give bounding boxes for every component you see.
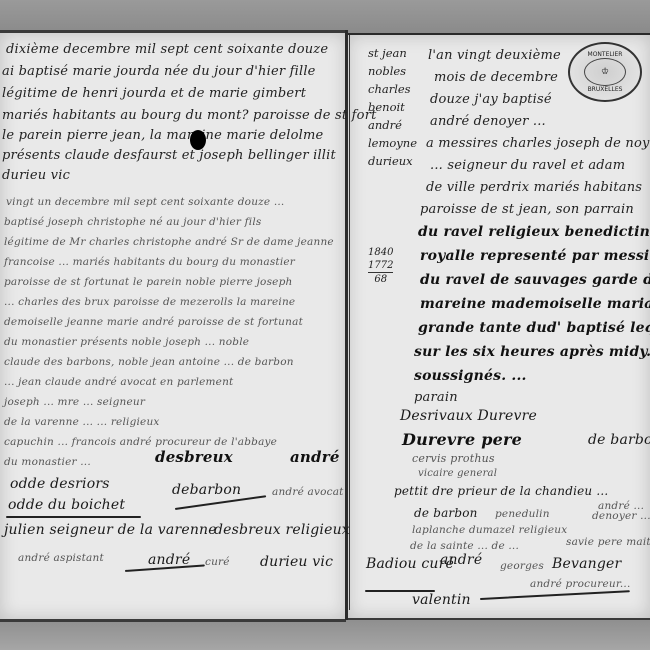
margin-note-line: durieux [368,152,417,170]
stamp-text: BRUXELLES [588,86,623,93]
signature: valentin [412,592,471,608]
register-line: du ravel de sauvages garde du ... [420,272,650,288]
register-line: durieu vic [2,168,70,183]
signature: de barbon [414,506,478,520]
register-line: claude des barbons, noble jean antoine .… [4,356,294,368]
register-line: vingt un decembre mil sept cent soixante… [6,196,284,208]
signature: cervis prothus [412,452,495,465]
margin-note-line: andré [368,116,417,134]
signature: georges [500,560,544,572]
register-line: ... jean claude andré avocat en parlemen… [4,376,233,388]
signature: de la sainte ... de ... [410,540,519,552]
signature: debarbon [172,482,241,498]
margin-note-numbers: 1840 1772 68 [368,246,393,286]
margin-number: 68 [368,273,393,286]
register-line: mareine mademoiselle marianne [420,296,650,312]
register-line: présents claude desfaurst et joseph bell… [2,148,336,163]
signature: penedulin [495,508,550,520]
signature: andré [290,448,340,466]
signature: andré avocat [272,486,344,498]
register-line: du monastier ... [4,456,91,468]
signature: durieu vic [260,554,333,570]
signature: andré [440,552,482,568]
register-line: mariés habitants au bourg du mont? paroi… [2,108,377,123]
register-line: du monastier présents noble joseph ... n… [4,336,249,348]
register-line: légitime de henri jourda et de marie gim… [2,86,306,101]
register-line: de la varenne ... ... religieux [4,416,160,428]
register-line: francoise ... mariés habitants du bourg … [4,256,295,268]
signature: andré procureur... [530,578,631,590]
register-line: de ville perdrix mariés habitans [426,180,642,195]
register-line: douze j'ay baptisé [430,92,552,107]
signature: curé [205,556,230,568]
register-line: mois de decembre [434,70,558,85]
scanner-backdrop-top [0,0,650,34]
signature: vicaire general [418,468,497,479]
register-line: joseph ... mre ... seigneur [4,396,145,408]
register-line: capuchin ... francois andré procureur de… [4,436,277,448]
register-line: ... seigneur du ravel et adam [430,158,625,173]
signature: desbreux religieux [214,522,350,538]
official-seal-stamp: MONTELIER ♔ BRUXELLES [568,42,642,102]
signature: Desrivaux Durevre [400,408,537,424]
register-line: parain [414,390,458,405]
margin-note-line: nobles [368,62,417,80]
ink-blot [190,130,206,150]
signature: odde du boichet [8,497,125,513]
signature: odde desriors [10,476,110,492]
signature: pettit dre prieur de la chandieu ... [394,484,608,498]
register-line: dixième decembre mil sept cent soixante … [6,42,328,57]
signature-flourish [6,516,141,518]
register-line: grande tante dud' baptisé lequel [418,320,650,336]
signature: denoyer ... [592,510,650,522]
register-line: paroisse de st jean, son parrain [420,202,634,217]
signature: Durevre pere [402,430,522,449]
register-line: andré denoyer ... [430,114,546,129]
margin-number: 1840 [368,246,393,259]
signature: de barbon [588,432,650,448]
margin-number: 1772 [368,259,393,273]
margin-note-line: charles [368,80,417,98]
signature-flourish [365,590,435,592]
signature: andré aspistant [18,552,104,564]
register-line: royalle representé par messire [420,248,650,264]
margin-note-names: st jean nobles charles benoit andré lemo… [368,44,417,170]
register-line: le parein pierre jean, la mareine marie … [2,128,323,143]
register-line: a messires charles joseph de noyer [426,136,650,151]
margin-note-line: st jean [368,44,417,62]
crown-emblem-icon: ♔ [584,58,626,86]
signature: Bevanger [552,556,621,572]
stamp-text: MONTELIER [588,51,623,58]
margin-rule [349,35,350,610]
register-line: soussignés. ... [414,368,527,384]
register-line: l'an vingt deuxième [428,48,561,63]
signature: laplanche dumazel religieux [412,524,567,536]
register-line: sur les six heures après midy. pre [414,344,650,360]
register-line: baptisé joseph christophe né au jour d'h… [4,216,261,228]
register-line: paroisse de st fortunat le parein noble … [4,276,292,288]
register-line: ai baptisé marie jourda née du jour d'hi… [2,64,316,79]
register-line: légitime de Mr charles christophe andré … [4,236,334,248]
signature: julien seigneur de la varenne [4,522,217,538]
register-line: ... charles des brux paroisse de mezerol… [4,296,295,308]
register-line: demoiselle jeanne marie andré paroisse d… [4,316,303,328]
margin-note-line: lemoyne [368,134,417,152]
signature: savie pere maitre [566,536,650,548]
register-line: du ravel religieux benedictin [418,224,650,240]
margin-note-line: benoit [368,98,417,116]
signature: desbreux [155,448,233,466]
